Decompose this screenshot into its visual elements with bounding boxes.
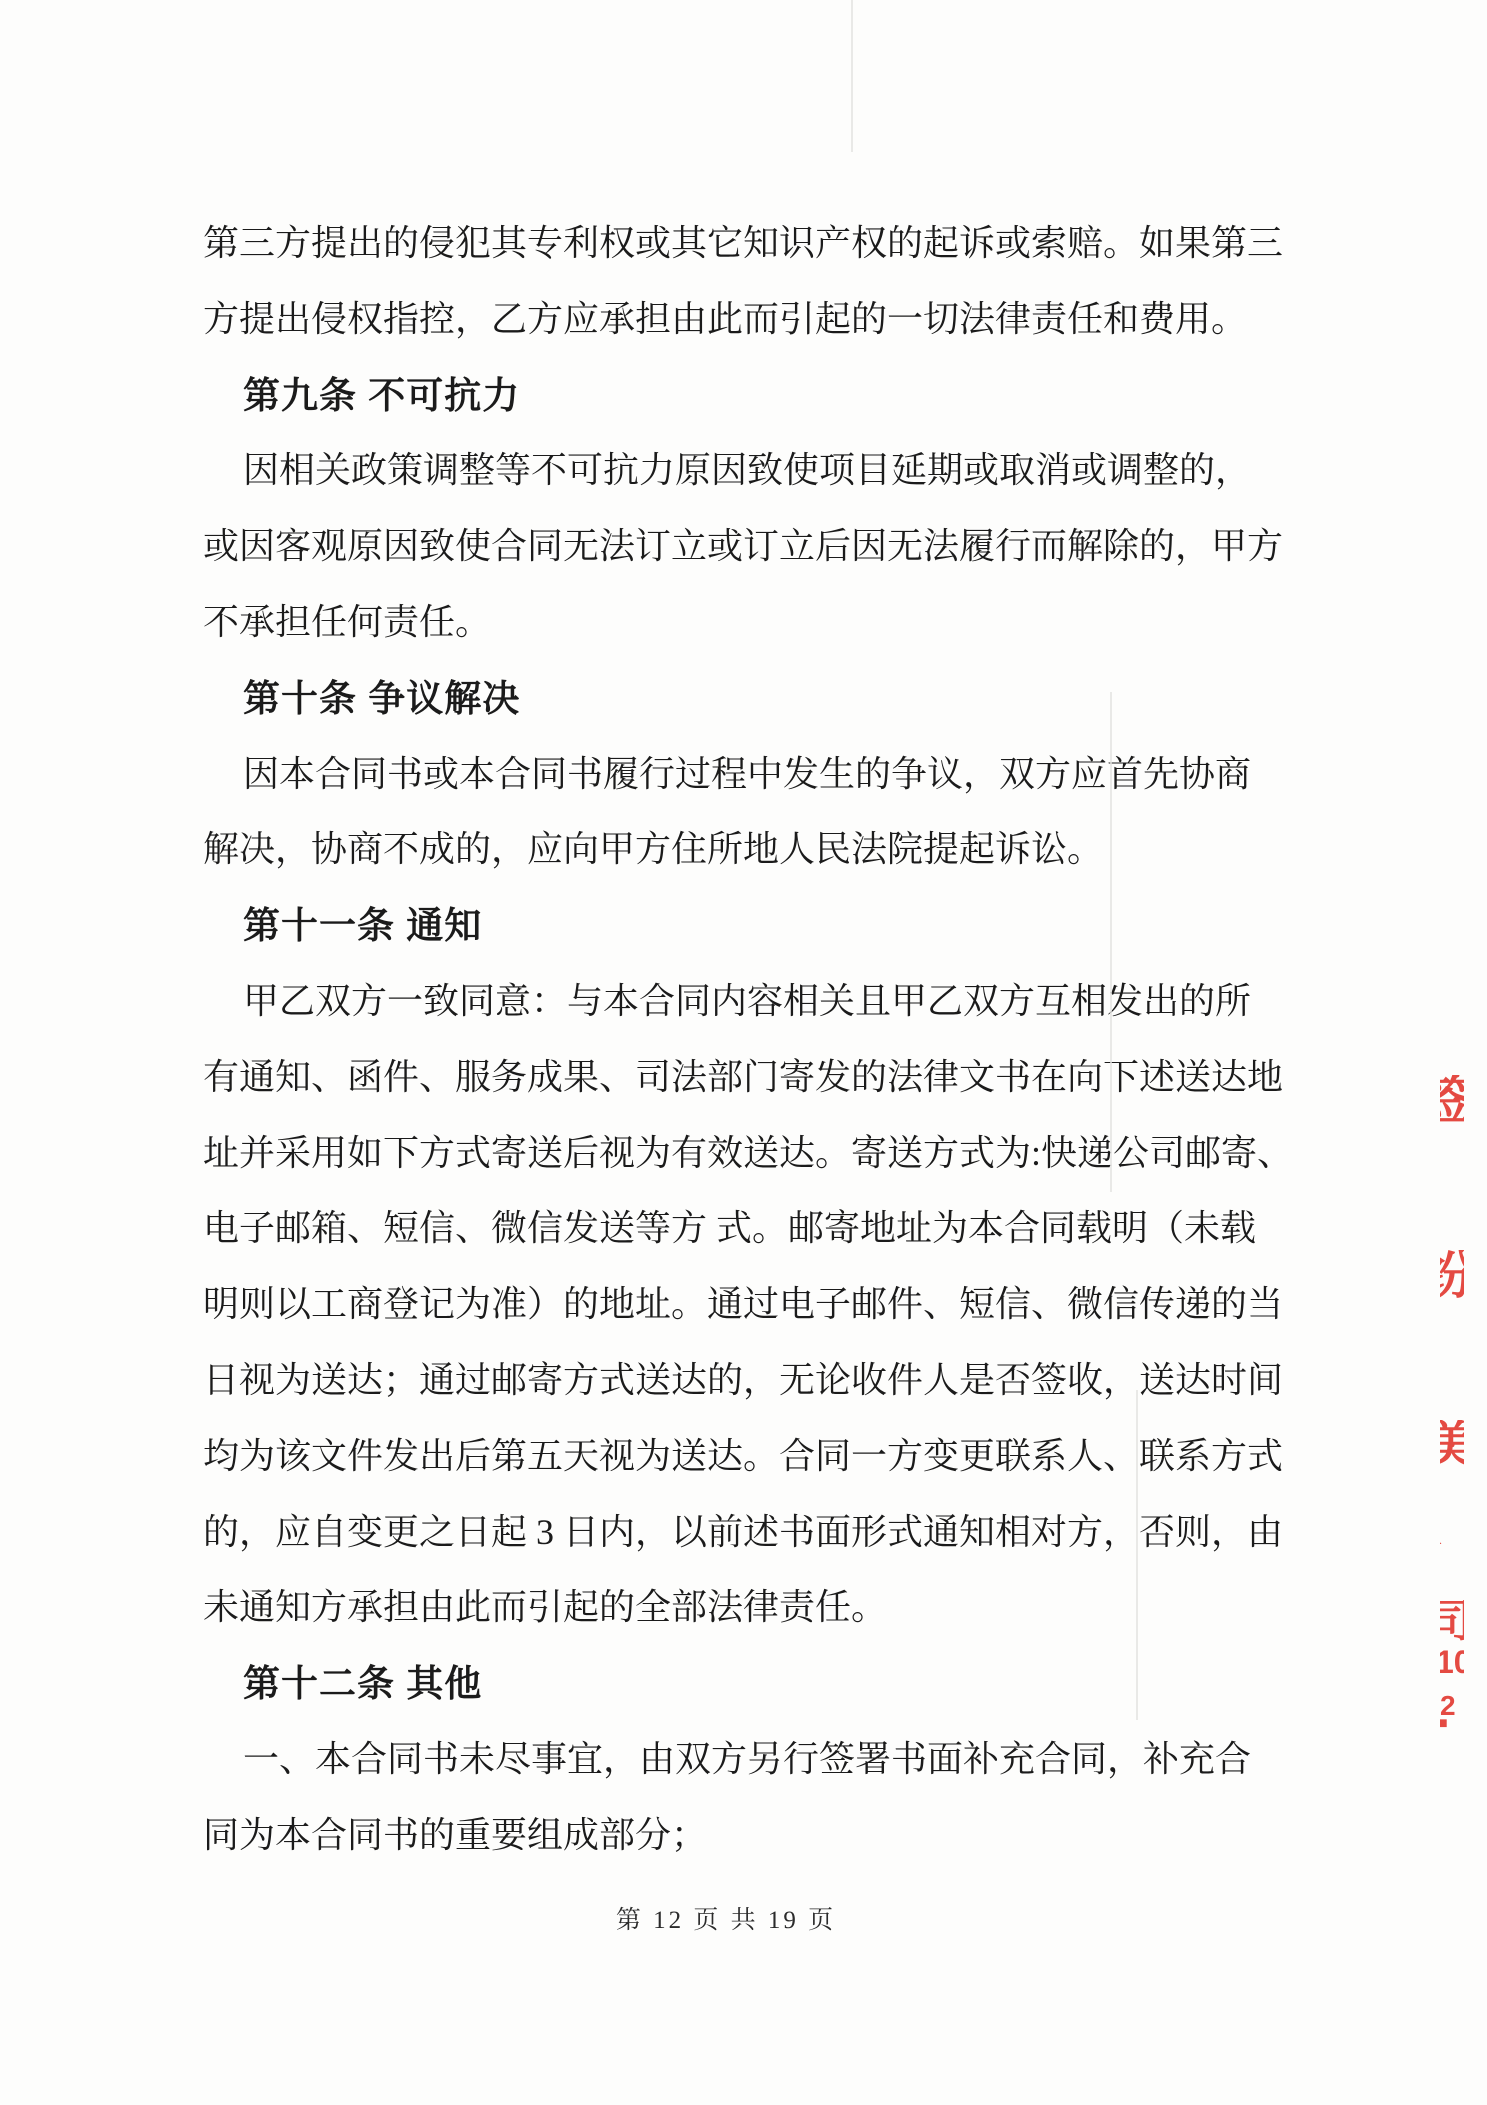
red-seal-fragment: 、 xyxy=(1440,1512,1464,1544)
red-seal-fragment: 司 xyxy=(1440,1600,1464,1645)
document-line: 日视为送达；通过邮寄方式送达的，无论收件人是否签收，送达时间 xyxy=(203,1343,1323,1419)
scan-artifact-line xyxy=(1136,1390,1138,1720)
scan-artifact-line xyxy=(851,0,853,152)
document-line: 有通知、函件、服务成果、司法部门寄发的法律文书在向下述送达地 xyxy=(203,1040,1323,1116)
document-line: 或因客观原因致使合同无法订立或订立后因无法履行而解除的，甲方 xyxy=(203,509,1323,585)
document-line: 因相关政策调整等不可抗力原因致使项目延期或取消或调整的， xyxy=(203,433,1323,509)
document-line: 同为本合同书的重要组成部分； xyxy=(203,1798,1323,1874)
article-heading: 第十二条 其他 xyxy=(203,1646,1323,1722)
document-line: 电子邮箱、短信、微信发送等方 式。邮寄地址为本合同载明（未载 xyxy=(203,1191,1323,1267)
red-seal-fragment: 10 xyxy=(1440,1646,1464,1680)
article-heading: 第九条 不可抗力 xyxy=(203,358,1323,434)
document-line: 址并采用如下方式寄送后视为有效送达。寄送方式为:快递公司邮寄、 xyxy=(203,1116,1323,1192)
document-line: 第三方提出的侵犯其专利权或其它知识产权的起诉或索赔。如果第三 xyxy=(203,206,1323,282)
document-line: 不承担任何责任。 xyxy=(203,585,1323,661)
red-seal-fragment: ■ xyxy=(1440,1716,1464,1734)
document-line: 甲乙双方一致同意：与本合同内容相关且甲乙双方互相发出的所 xyxy=(203,964,1323,1040)
document-line: 明则以工商登记为准）的地址。通过电子邮件、短信、微信传递的当 xyxy=(203,1267,1323,1343)
contract-body: 第三方提出的侵犯其专利权或其它知识产权的起诉或索赔。如果第三方提出侵权指控，乙方… xyxy=(203,206,1323,1874)
page-number-footer: 第 12 页 共 19 页 xyxy=(0,1900,1452,1936)
scan-artifact-line xyxy=(1110,692,1112,1192)
red-seal-fragment: 纷 xyxy=(1440,1250,1464,1358)
document-line: 因本合同书或本合同书履行过程中发生的争议，双方应首先协商 xyxy=(203,737,1323,813)
document-line: 均为该文件发出后第五天视为送达。合同一方变更联系人、联系方式 xyxy=(203,1419,1323,1495)
document-line: 未通知方承担由此而引起的全部法律责任。 xyxy=(203,1570,1323,1646)
contract-page: 第三方提出的侵犯其专利权或其它知识产权的起诉或索赔。如果第三方提出侵权指控，乙方… xyxy=(0,0,1487,2105)
document-line: 解决，协商不成的，应向甲方住所地人民法院提起诉讼。 xyxy=(203,812,1323,888)
document-line: 一、本合同书未尽事宜，由双方另行签署书面补充合同，补充合 xyxy=(203,1722,1323,1798)
red-seal-fragment: 签 xyxy=(1440,1075,1464,1177)
article-heading: 第十条 争议解决 xyxy=(203,661,1323,737)
document-line: 的，应自变更之日起 3 日内，以前述书面形式通知相对方，否则，由 xyxy=(203,1495,1323,1571)
article-heading: 第十一条 通知 xyxy=(203,888,1323,964)
red-seal-fragment: 美 xyxy=(1440,1420,1464,1492)
document-line: 方提出侵权指控，乙方应承担由此而引起的一切法律责任和费用。 xyxy=(203,282,1323,358)
